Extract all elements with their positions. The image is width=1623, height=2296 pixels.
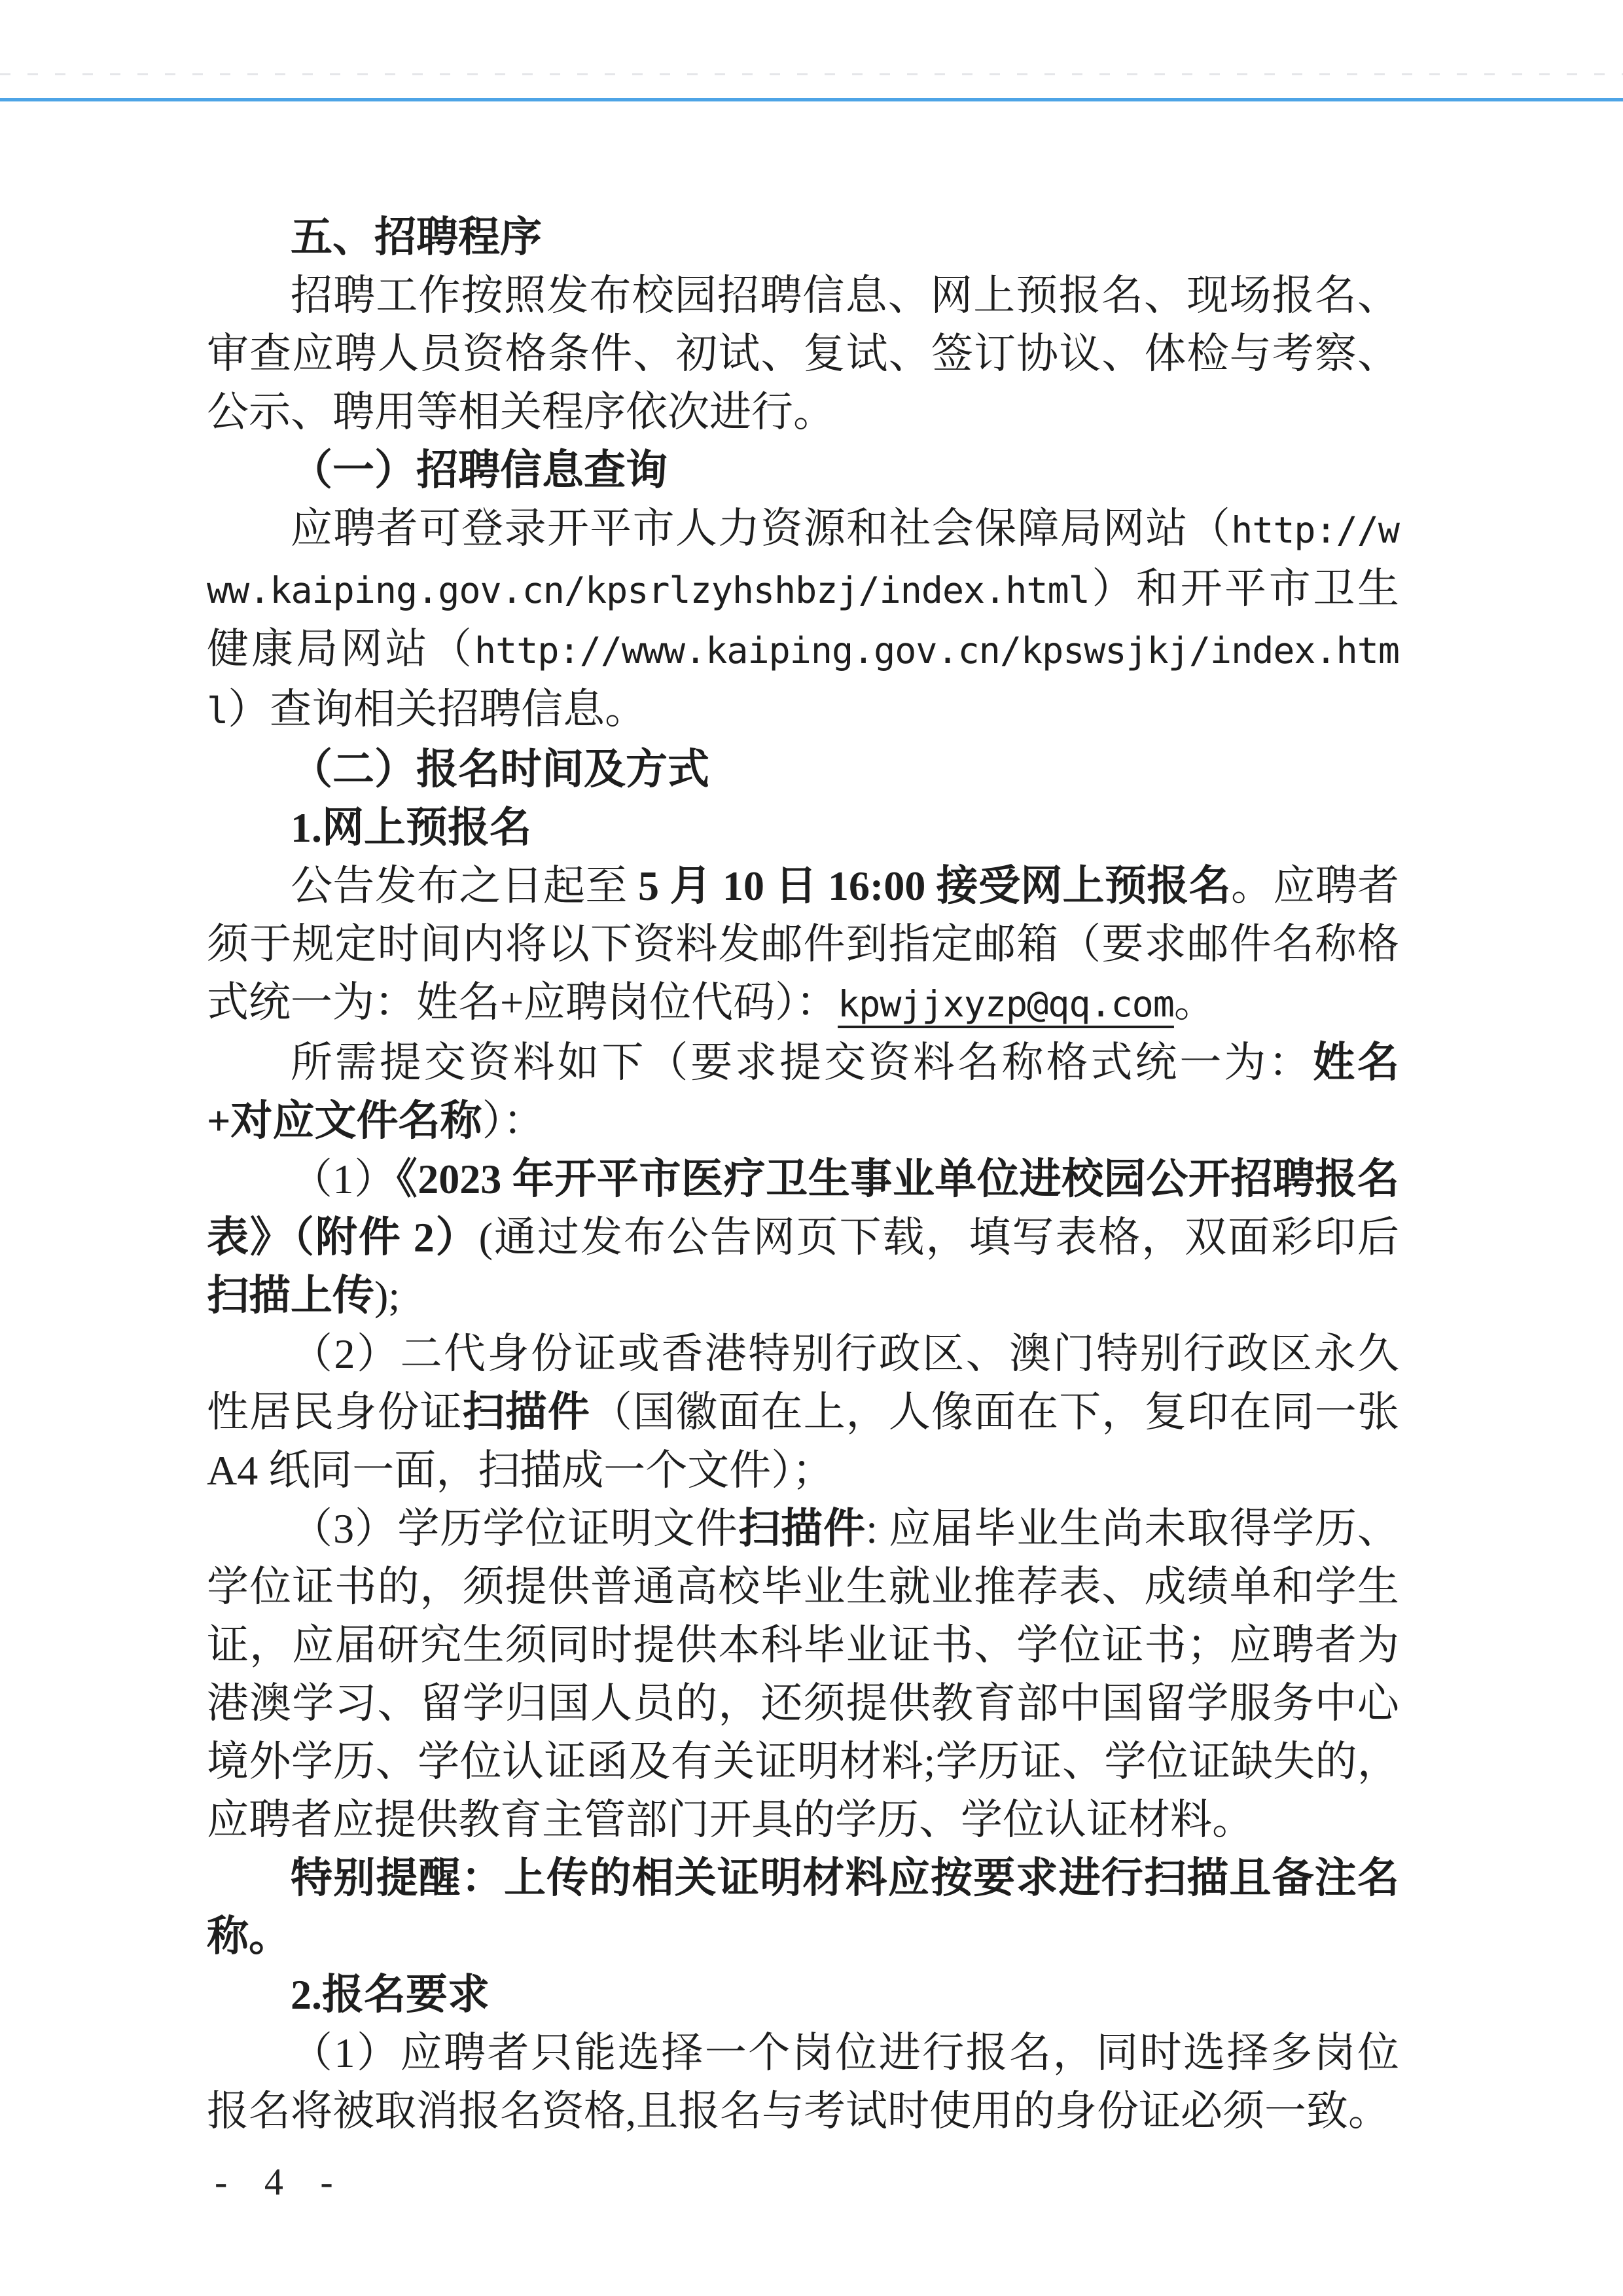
text-run: 应聘者可登录开平市人力资源和社会保障局网站（ (291, 505, 1231, 552)
text-run: 扫描件 (738, 1505, 866, 1552)
text-run: 公告发布之日起至 (291, 863, 638, 909)
header-rule (0, 98, 1623, 101)
para-item-1-application-form: （1）《2023 年开平市医疗卫生事业单位进校园公开招聘报名表》（附件 2）(通… (207, 1150, 1399, 1325)
text-run: （3）学历学位证明文件 (291, 1505, 738, 1552)
para-item-2-id-card: （2）二代身份证或香港特别行政区、澳门特别行政区永久性居民身份证扫描件（国徽面在… (207, 1325, 1399, 1499)
text-run: 2.报名要求 (291, 1971, 490, 2018)
application-email: kpwjjxyzp@qq.com (838, 983, 1174, 1025)
text-run: (通过发布公告网页下载，填写表格，双面彩印后 (479, 1214, 1399, 1261)
text-run: 所需提交资料如下（要求提交资料名称格式统一为： (291, 1039, 1313, 1086)
document-body: 五、招聘程序 招聘工作按照发布校园招聘信息、网上预报名、现场报名、审查应聘人员资… (207, 208, 1399, 2140)
para-procedure-overview: 招聘工作按照发布校园招聘信息、网上预报名、现场报名、审查应聘人员资格条件、初试、… (207, 266, 1399, 441)
heading-section-five: 五、招聘程序 (207, 208, 1399, 266)
document-page: 五、招聘程序 招聘工作按照发布校园招聘信息、网上预报名、现场报名、审查应聘人员资… (0, 0, 1623, 2296)
text-run: ）查询相关招聘信息。 (228, 686, 647, 732)
heading-online-preregistration: 1.网上预报名 (207, 798, 1399, 857)
text-run: ); (374, 1272, 400, 1319)
para-special-reminder: 特别提醒：上传的相关证明材料应按要求进行扫描且备注名称。 (207, 1849, 1399, 1965)
para-materials-naming: 所需提交资料如下（要求提交资料名称格式统一为：姓名+对应文件名称）： (207, 1033, 1399, 1150)
text-run: 招聘工作按照发布校园招聘信息、网上预报名、现场报名、审查应聘人员资格条件、初试、… (207, 272, 1399, 435)
scan-artifact-line (0, 73, 1623, 75)
text-run: 五、招聘程序 (291, 214, 542, 260)
heading-signup-requirements: 2.报名要求 (207, 1965, 1399, 2024)
text-run: 特别提醒：上传的相关证明材料应按要求进行扫描且备注名称。 (207, 1855, 1399, 1960)
text-run: : 应届毕业生尚未取得学历、学位证书的，须提供普通高校毕业生就业推荐表、成绩单和… (207, 1505, 1399, 1843)
text-run: （1）应聘者只能选择一个岗位进行报名，同时选择多岗位报名将被取消报名资格,且报名… (207, 2030, 1399, 2134)
text-run: 扫描件 (463, 1389, 590, 1435)
para-one-post-only: （1）应聘者只能选择一个岗位进行报名，同时选择多岗位报名将被取消报名资格,且报名… (207, 2024, 1399, 2140)
heading-signup-time: （二）报名时间及方式 (207, 740, 1399, 798)
para-preregistration-deadline: 公告发布之日起至 5 月 10 日 16:00 接受网上预报名。应聘者须于规定时… (207, 857, 1399, 1033)
text-run: 1.网上预报名 (291, 804, 531, 851)
para-websites: 应聘者可登录开平市人力资源和社会保障局网站（http://www.kaiping… (207, 499, 1399, 740)
text-run: （1） (291, 1156, 397, 1202)
text-run: （二）报名时间及方式 (291, 746, 709, 793)
para-item-3-diploma: （3）学历学位证明文件扫描件: 应届毕业生尚未取得学历、学位证书的，须提供普通高… (207, 1499, 1399, 1849)
text-run: （一）招聘信息查询 (291, 447, 668, 493)
heading-info-query: （一）招聘信息查询 (207, 441, 1399, 499)
text-run: 扫描上传 (207, 1272, 374, 1319)
text-run: 。 (1174, 979, 1216, 1026)
text-run: ）： (482, 1098, 544, 1144)
page-number: - 4 - (215, 2160, 338, 2204)
deadline-text: 5 月 10 日 16:00 接受网上预报名 (638, 863, 1231, 909)
